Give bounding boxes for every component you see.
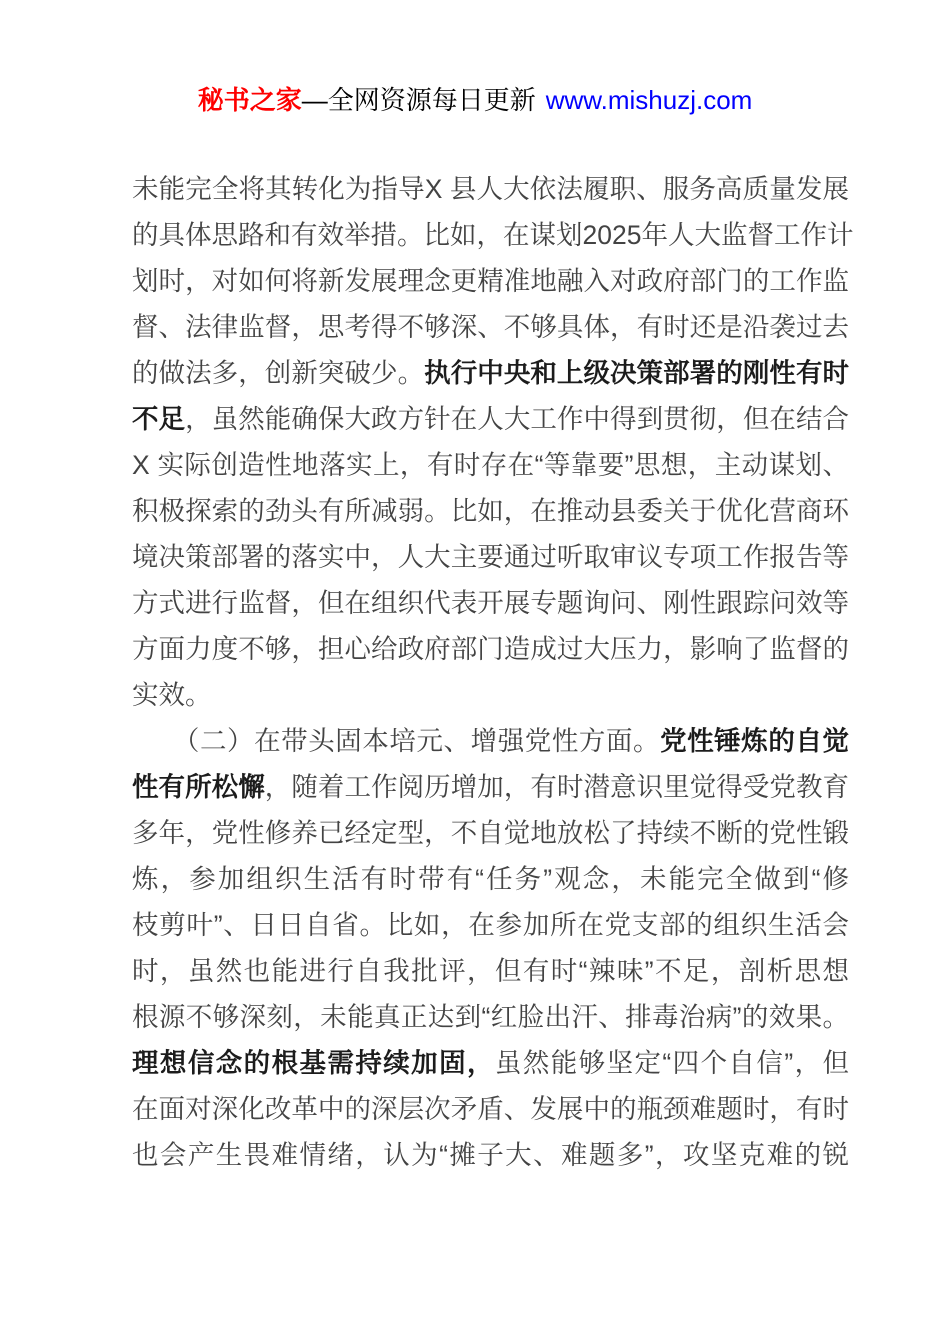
text-line: 实效。 — [132, 672, 849, 718]
text-line: 不足，虽然能确保大政方针在人大工作中得到贯彻，但在结合 — [132, 396, 849, 442]
site-url-link[interactable]: www.mishuzj.com — [546, 85, 753, 115]
site-tagline: —全网资源每日更新 — [302, 85, 536, 115]
text-line: 方面力度不够，担心给政府部门造成过大压力，影响了监督的 — [132, 626, 849, 672]
document-body: 未能完全将其转化为指导X 县人大依法履职、服务高质量发展的具体思路和有效举措。比… — [132, 166, 849, 1178]
text-line: 划时，对如何将新发展理念更精准地融入对政府部门的工作监 — [132, 258, 849, 304]
document-page: 秘书之家—全网资源每日更新www.mishuzj.com 未能完全将其转化为指导… — [0, 0, 950, 1344]
text-line: 的做法多，创新突破少。执行中央和上级决策部署的刚性有时 — [132, 350, 849, 396]
text-line: 多年，党性修养已经定型，不自觉地放松了持续不断的党性锻 — [132, 810, 849, 856]
text-line: 督、法律监督，思考得不够深、不够具体，有时还是沿袭过去 — [132, 304, 849, 350]
text-line: 境决策部署的落实中，人大主要通过听取审议专项工作报告等 — [132, 534, 849, 580]
text-line: 时，虽然也能进行自我批评，但有时“辣味”不足，剖析思想 — [132, 948, 849, 994]
text-line: 在面对深化改革中的深层次矛盾、发展中的瓶颈难题时，有时 — [132, 1086, 849, 1132]
text-line: （二）在带头固本培元、增强党性方面。党性锤炼的自觉 — [132, 718, 849, 764]
text-line: 炼，参加组织生活有时带有“任务”观念，未能完全做到“修 — [132, 856, 849, 902]
text-line: 性有所松懈，随着工作阅历增加，有时潜意识里觉得受党教育 — [132, 764, 849, 810]
text-line: 也会产生畏难情绪，认为“摊子大、难题多”，攻坚克难的锐 — [132, 1132, 849, 1178]
text-line: X 实际创造性地落实上，有时存在“等靠要”思想，主动谋划、 — [132, 442, 849, 488]
text-line: 根源不够深刻，未能真正达到“红脸出汗、排毒治病”的效果。 — [132, 994, 849, 1040]
text-line: 的具体思路和有效举措。比如，在谋划2025年人大监督工作计 — [132, 212, 849, 258]
site-header: 秘书之家—全网资源每日更新www.mishuzj.com — [0, 80, 950, 120]
text-line: 理想信念的根基需持续加固，虽然能够坚定“四个自信”，但 — [132, 1040, 849, 1086]
text-line: 枝剪叶”、日日自省。比如，在参加所在党支部的组织生活会 — [132, 902, 849, 948]
text-line: 积极探索的劲头有所减弱。比如，在推动县委关于优化营商环 — [132, 488, 849, 534]
site-name: 秘书之家 — [198, 85, 302, 115]
text-line: 未能完全将其转化为指导X 县人大依法履职、服务高质量发展 — [132, 166, 849, 212]
text-line: 方式进行监督，但在组织代表开展专题询问、刚性跟踪问效等 — [132, 580, 849, 626]
